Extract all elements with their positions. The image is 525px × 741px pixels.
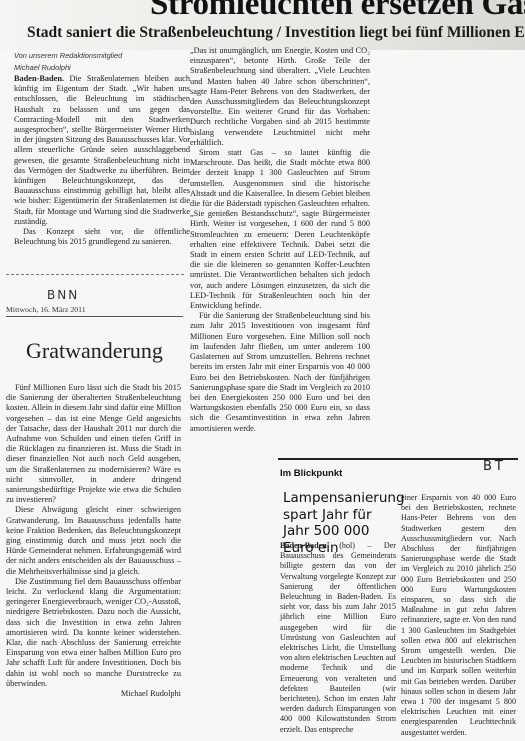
main-subheadline: Stadt saniert die Straßenbeleuchtung / I… [27,24,525,42]
paragraph-text: Die Straßenlaternen bleiben auch künftig… [14,74,190,226]
publication-date: Mittwoch, 16. März 2011 [6,305,183,317]
byline-label: Von unserem Redaktionsmitglied [14,50,194,62]
byline-author: Michael Rudolphi [14,62,194,74]
bt-article-column-1: Baden-Baden (hol) – Der Bauausschuss des… [280,541,396,735]
paragraph: Fünf Millionen Euro lässt sich die Stadt… [6,383,181,505]
paragraph: Die Zustimmung fiel dem Bauausschuss off… [6,577,181,689]
paragraph: einer Ersparnis von 40 000 Euro bei den … [401,493,516,738]
paragraph: „Das ist unumgänglich, um Energie, Koste… [190,46,370,148]
dateline-kicker: Baden-Baden [280,541,327,550]
paragraph: Baden-Baden (hol) – Der Bauausschuss des… [280,541,396,735]
paragraph: Baden-Baden. Die Straßenlaternen bleiben… [14,74,190,227]
bt-article-column-2: einer Ersparnis von 40 000 Euro bei den … [401,493,516,738]
dateline-kicker: Baden-Baden. [14,74,64,83]
commentary-author: Michael Rudolphi [6,689,181,699]
paragraph: Für die Sanierung der Straßenbeleuchtung… [190,311,370,433]
main-headline: Stromleuchten ersetzen Gaslaternen [150,0,525,23]
source-mark-bnn: BNN [47,288,79,302]
commentary-body: Fünf Millionen Euro lässt sich die Stadt… [6,383,181,699]
commentary-title: Gratwanderung [26,338,163,364]
byline: Von unserem Redaktionsmitglied Michael R… [14,50,194,73]
section-label: Im Blickpunkt [280,468,342,479]
paragraph: Diese Abwägung gleicht einer schwierigen… [6,505,181,576]
paragraph: Das Konzept sieht vor, die öffentliche B… [14,227,190,247]
main-article-column-1: Baden-Baden. Die Straßenlaternen bleiben… [14,74,190,247]
main-article-column-2: „Das ist unumgänglich, um Energie, Koste… [190,46,370,434]
source-mark-bt: BT [483,459,506,474]
paragraph: Strom statt Gas – so lautet künftig die … [190,148,370,311]
paragraph-text: (hol) – Der Bauausschuss des Gemeinderat… [280,541,396,734]
section-divider [6,274,184,275]
section-rule [278,458,518,460]
